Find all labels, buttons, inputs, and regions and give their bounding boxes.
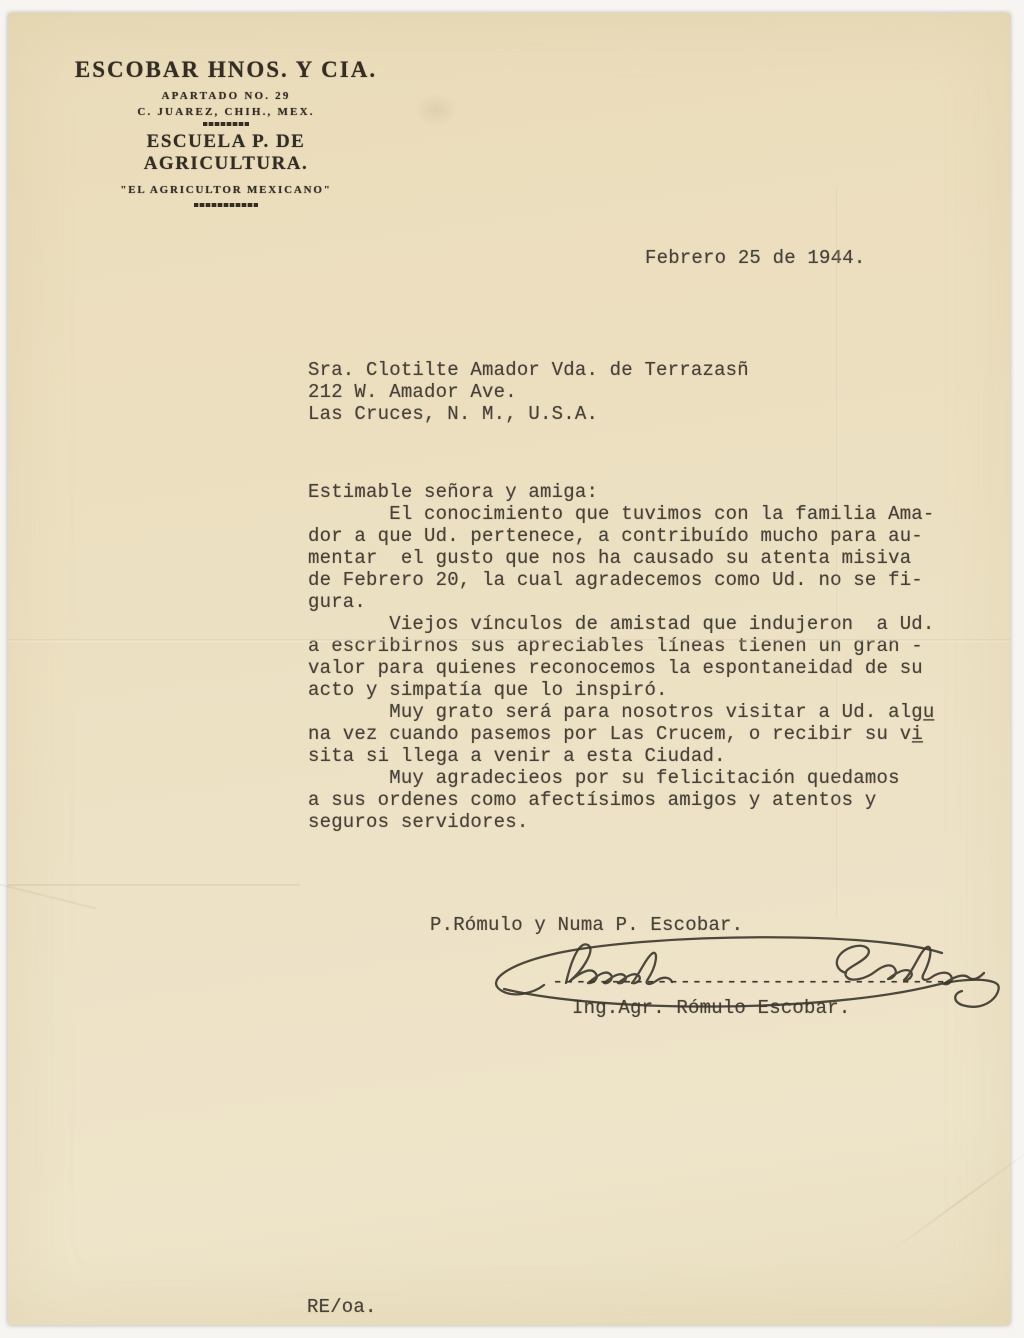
letterhead-company-name: ESCOBAR HNOS. Y CIA. [70, 57, 382, 83]
date-line: Febrero 25 de 1944. [645, 247, 865, 269]
letterhead-divider-rule [194, 203, 258, 207]
letterhead-divider-rule [203, 122, 249, 126]
scan-background: { "letterhead": { "company": "ESCOBAR HN… [0, 0, 1024, 1338]
handwritten-signature [474, 921, 1008, 1021]
letterhead-city-line: C. JUAREZ, CHIH., MEX. [70, 106, 382, 118]
paragraph: Muy grato será para nosotros visitar a U… [308, 701, 958, 767]
letterhead-motto: "EL AGRICULTOR MEXICANO" [70, 184, 382, 196]
signature-script-last-name [837, 946, 984, 984]
reference-initials: RE/oa. [307, 1296, 377, 1318]
letter-page: ESCOBAR HNOS. Y CIA. APARTADO NO. 29 C. … [8, 13, 1010, 1325]
signature-script-first-name [566, 944, 672, 984]
recipient-address: Sra. Clotilte Amador Vda. de Terrazasñ 2… [308, 359, 749, 425]
salutation: Estimable señora y amiga: [308, 481, 958, 503]
signature-flourish-top [496, 937, 942, 994]
fold-crease [8, 884, 300, 886]
letterhead: ESCOBAR HNOS. Y CIA. APARTADO NO. 29 C. … [70, 57, 382, 207]
paragraph: Muy agradecieos por su felicitación qued… [308, 767, 958, 833]
paper-smudge [413, 93, 459, 127]
fold-crease [0, 879, 96, 910]
letterhead-po-box: APARTADO NO. 29 [70, 90, 382, 102]
letter-body: Estimable señora y amiga: El conocimient… [308, 481, 958, 833]
paragraph: El conocimiento que tuvimos con la famil… [308, 503, 958, 613]
fold-crease [886, 1142, 1024, 1255]
paragraph: Viejos vínculos de amistad que indujeron… [308, 613, 958, 701]
letterhead-school-name: ESCUELA P. DE AGRICULTURA. [70, 131, 382, 175]
signature-flourish-bottom [504, 980, 999, 1007]
